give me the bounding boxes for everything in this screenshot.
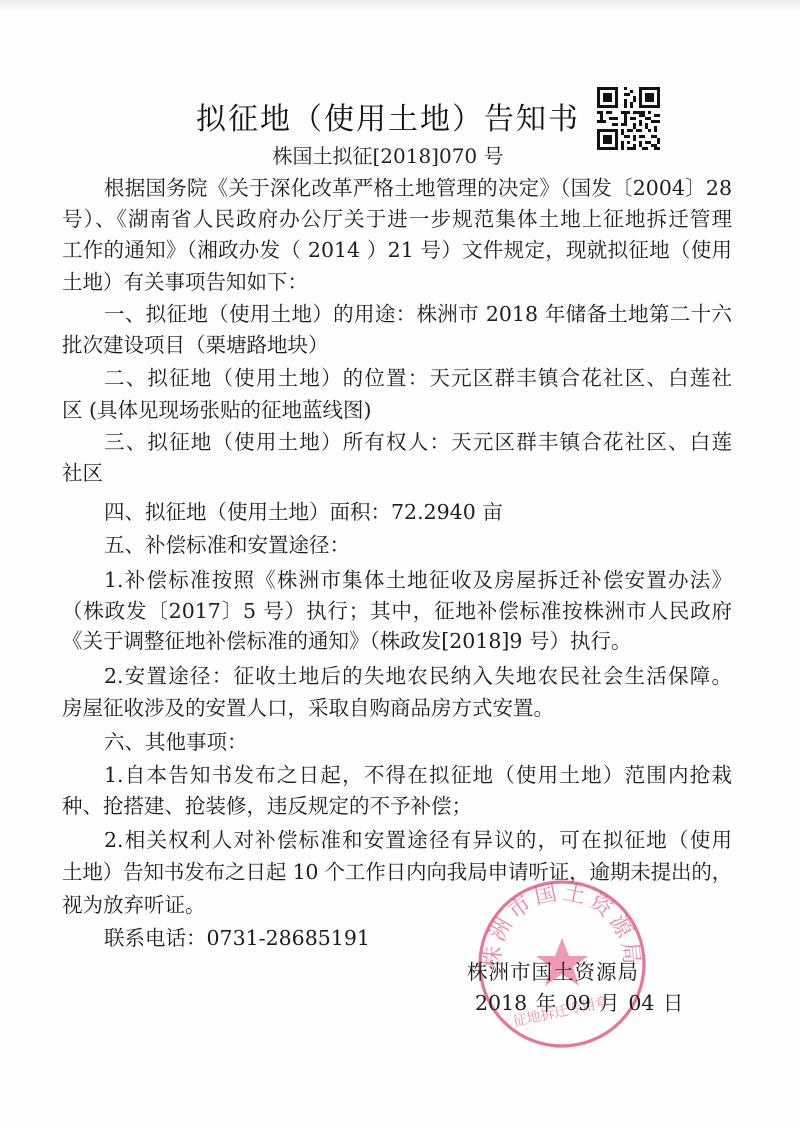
body-line-2: 号）、《湖南省人民政府办公厅关于进一步规范集体土地上征地拆迁管理 xyxy=(62,206,732,232)
item-2-location-cont: 区 (具体见现场张贴的征地蓝线图) xyxy=(62,397,732,423)
document-title-text: 拟征地（使用土地）告知书 xyxy=(196,102,580,137)
issue-date: 2018 年 09 月 04 日 xyxy=(475,986,683,1016)
item-1-purpose-cont: 批次建设项目（栗塘路地块） xyxy=(62,332,732,358)
contact-phone: 联系电话：0731-28685191 xyxy=(104,925,732,951)
body-line-1: 根据国务院《关于深化改革严格土地管理的决定》（国发〔2004〕28 xyxy=(104,175,732,201)
document-number: 株国土拟征[2018]070 号 xyxy=(0,140,800,169)
item-5-1-compensation: 1.补偿标准按照《株洲市集体土地征收及房屋拆迁补偿安置办法》 xyxy=(104,567,732,593)
item-6-2-hearing-cont-2: 视为放弃听证。 xyxy=(62,892,732,918)
body-line-3: 工作的通知》（湘政办发（ 2014 ）21 号）文件规定，现就拟征地（使用 xyxy=(62,237,732,263)
document-page: 拟征地（使用土地）告知书 xyxy=(0,0,800,1127)
document-title: 拟征地（使用土地）告知书 xyxy=(0,94,800,138)
item-2-location: 二、拟征地（使用土地）的位置：天元区群丰镇合花社区、白莲社 xyxy=(104,365,732,391)
item-4-area: 四、拟征地（使用土地）面积：72.2940 亩 xyxy=(104,499,732,525)
item-1-purpose: 一、拟征地（使用土地）的用途：株洲市 2018 年储备土地第二十六 xyxy=(104,301,732,327)
item-6-heading: 六、其他事项： xyxy=(104,729,732,755)
item-3-owner-cont: 社区 xyxy=(62,460,732,486)
item-5-1-compensation-cont-2: 《关于调整征地补偿标准的通知》（株政发[2018]9 号）执行。 xyxy=(62,628,732,654)
item-5-2-resettlement-cont: 房屋征收涉及的安置人口，采取自购商品房方式安置。 xyxy=(62,695,732,721)
item-5-2-resettlement: 2.安置途径：征收土地后的失地农民纳入失地农民社会生活保障。 xyxy=(104,663,732,689)
item-5-1-compensation-cont-1: （株政发〔2017〕5 号）执行；其中，征地补偿标准按株洲市人民政府 xyxy=(62,598,732,624)
issuing-organization: 株洲市国土资源局 xyxy=(467,955,639,985)
item-6-2-hearing-cont-1: 土地）告知书发布之日起 10 个工作日内向我局申请听证，逾期未提出的， xyxy=(62,859,732,885)
item-6-2-hearing: 2.相关权利人对补偿标准和安置途径有异议的，可在拟征地（使用 xyxy=(104,827,732,853)
item-3-owner: 三、拟征地（使用土地）所有权人：天元区群丰镇合花社区、白莲 xyxy=(104,429,732,455)
scan-edge-shadow xyxy=(0,0,800,14)
item-6-1-restriction-cont: 种、抢搭建、抢装修，违反规定的不予补偿； xyxy=(62,793,732,819)
body-line-4: 土地）有关事项告知如下： xyxy=(62,269,732,295)
item-6-1-restriction: 1.自本告知书发布之日起，不得在拟征地（使用土地）范围内抢栽 xyxy=(104,762,732,788)
document-number-text: 株国土拟征[2018]070 号 xyxy=(272,144,503,168)
item-5-heading: 五、补偿标准和安置途径： xyxy=(104,532,732,558)
